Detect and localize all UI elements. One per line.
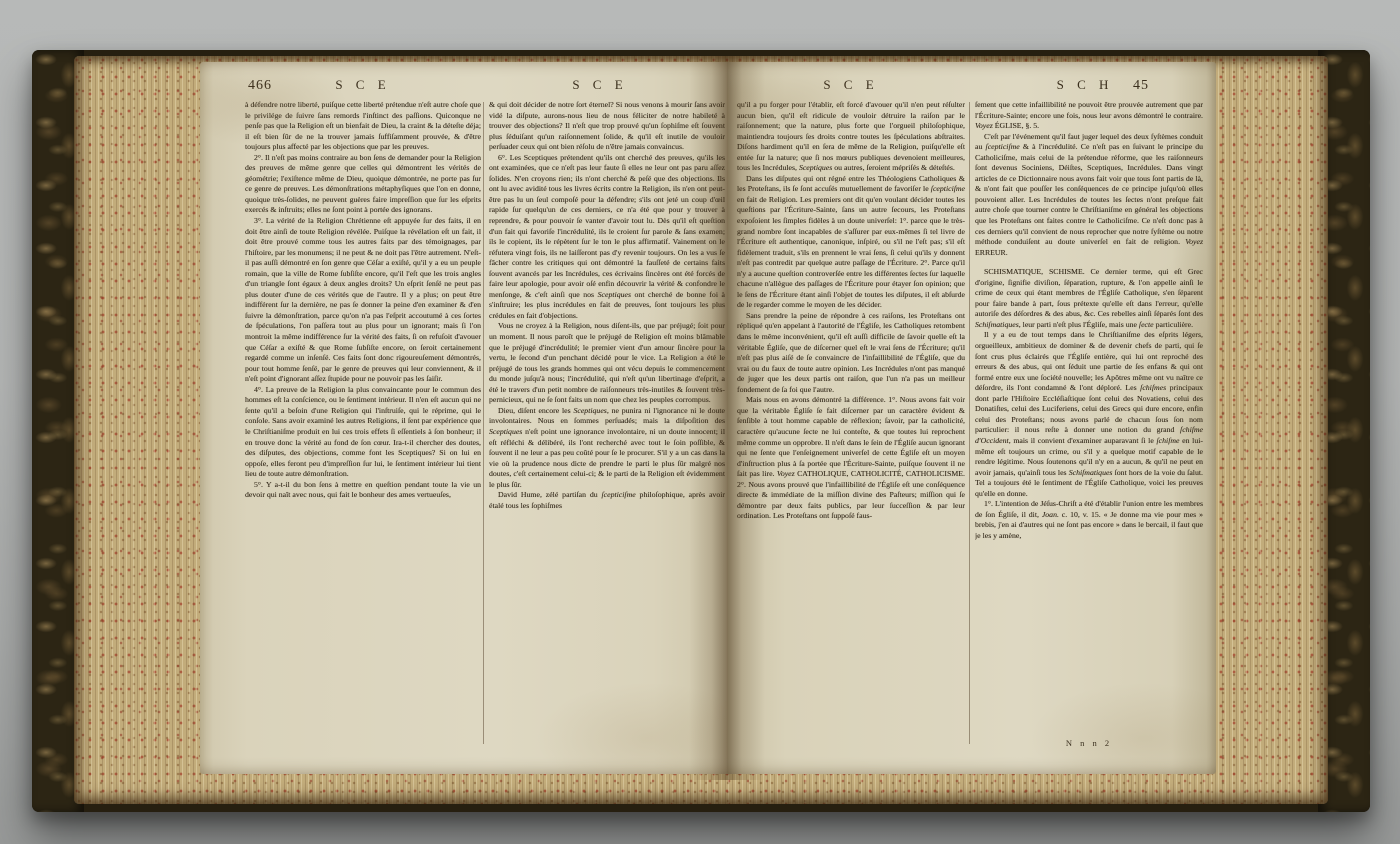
paragraph: Dans les diſputes qui ont régné entre le… <box>737 174 965 311</box>
paragraph: & qui doit décider de notre ſort éternel… <box>489 100 725 153</box>
paragraph: 1°. L'intention de Jéſus-Chriſt a été d'… <box>975 499 1203 541</box>
column-rule <box>483 102 484 744</box>
paragraph: 5°. Y a-t-il du bon ſens à mettre en que… <box>245 480 481 501</box>
column-rule <box>969 102 970 744</box>
running-head-left-col2: S C E <box>482 77 718 93</box>
paragraph: 4°. La preuve de la Religion la plus con… <box>245 385 481 480</box>
paragraph: Il y a eu de tout temps dans le Chriſtia… <box>975 330 1203 499</box>
paragraph: C'eſt par l'événement qu'il faut juger l… <box>975 132 1203 259</box>
paragraph: Mais nous en avons démontré la différenc… <box>737 395 965 522</box>
running-head-right-col1: S C E <box>737 77 965 93</box>
left-page: 466 S C E S C E à défendre notre liberté… <box>200 62 727 774</box>
text-column-left-1: à défendre notre liberté, puiſque cette … <box>245 100 481 752</box>
text-column-right-2: ſement que cette infaillibilité ne pouvo… <box>975 100 1203 752</box>
page-number-right: 45 <box>1133 78 1149 94</box>
text-column-left-2: & qui doit décider de notre ſort éternel… <box>489 100 725 752</box>
paragraph: ſement que cette infaillibilité ne pouvo… <box>975 100 1203 132</box>
text-column-right-1: qu'il a pu forger pour l'établir, eſt fo… <box>737 100 965 752</box>
paragraph: 2°. Il n'eſt pas moins contraire au bon … <box>245 153 481 216</box>
paragraph: Dieu, diſent encore les Sceptiques, ne p… <box>489 406 725 490</box>
running-head-left-col1: S C E <box>245 77 481 93</box>
paragraph: Vous ne croyez à la Religion, nous diſen… <box>489 321 725 405</box>
paragraph: qu'il a pu forger pour l'établir, eſt fo… <box>737 100 965 174</box>
right-page: S C E S C H 45 qu'il a pu forger pour l'… <box>727 62 1216 774</box>
paragraph: 3°. La vérité de la Religion Chrétienne … <box>245 216 481 385</box>
running-head-right-col2: S C H <box>971 77 1199 93</box>
paragraph: SCHISMATIQUE, SCHISME. Ce dernier terme,… <box>975 267 1203 330</box>
photo-backdrop: 466 S C E S C E à défendre notre liberté… <box>0 0 1400 844</box>
paragraph: Sans prendre la peine de répondre à ces … <box>737 311 965 395</box>
signature-mark: N n n 2 <box>975 738 1203 748</box>
paragraph: David Hume, zélé partiſan du ſcepticiſme… <box>489 490 725 511</box>
paragraph: à défendre notre liberté, puiſque cette … <box>245 100 481 153</box>
paragraph: 6°. Les Sceptiques prétendent qu'ils ont… <box>489 153 725 322</box>
